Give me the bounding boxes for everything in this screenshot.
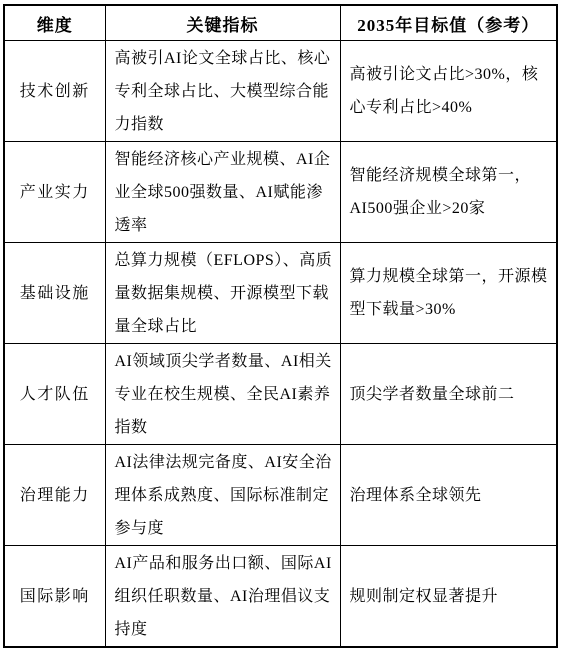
table-row: 治理能力 AI法律法规完备度、AI安全治理体系成熟度、国际标准制定参与度 治理体… xyxy=(4,445,557,546)
target-cell: 规则制定权显著提升 xyxy=(340,546,557,648)
target-cell: 高被引论文占比>30%，核心专利占比>40% xyxy=(340,41,557,142)
dimension-cell: 技术创新 xyxy=(4,41,105,142)
table-row: 技术创新 高被引AI论文全球占比、核心专利全球占比、大模型综合能力指数 高被引论… xyxy=(4,41,557,142)
dimension-cell: 产业实力 xyxy=(4,142,105,243)
table-row: 基础设施 总算力规模（EFLOPS）、高质量数据集规模、开源模型下载量全球占比 … xyxy=(4,243,557,344)
indicators-cell: AI领域顶尖学者数量、AI相关专业在校生规模、全民AI素养指数 xyxy=(105,344,340,445)
indicators-cell: 高被引AI论文全球占比、核心专利全球占比、大模型综合能力指数 xyxy=(105,41,340,142)
indicators-cell: 智能经济核心产业规模、AI企业全球500强数量、AI赋能渗透率 xyxy=(105,142,340,243)
indicators-cell: AI法律法规完备度、AI安全治理体系成熟度、国际标准制定参与度 xyxy=(105,445,340,546)
target-cell: 智能经济规模全球第一，AI500强企业>20家 xyxy=(340,142,557,243)
header-target: 2035年目标值（参考） xyxy=(340,5,557,41)
target-cell: 顶尖学者数量全球前二 xyxy=(340,344,557,445)
target-cell: 算力规模全球第一，开源模型下载量>30% xyxy=(340,243,557,344)
dimension-cell: 国际影响 xyxy=(4,546,105,648)
indicators-cell: AI产品和服务出口额、国际AI组织任职数量、AI治理倡议支持度 xyxy=(105,546,340,648)
indicators-cell: 总算力规模（EFLOPS）、高质量数据集规模、开源模型下载量全球占比 xyxy=(105,243,340,344)
header-row: 维度 关键指标 2035年目标值（参考） xyxy=(4,5,557,41)
dimension-cell: 治理能力 xyxy=(4,445,105,546)
table-row: 人才队伍 AI领域顶尖学者数量、AI相关专业在校生规模、全民AI素养指数 顶尖学… xyxy=(4,344,557,445)
header-dimension: 维度 xyxy=(4,5,105,41)
dimension-cell: 人才队伍 xyxy=(4,344,105,445)
target-cell: 治理体系全球领先 xyxy=(340,445,557,546)
table-row: 国际影响 AI产品和服务出口额、国际AI组织任职数量、AI治理倡议支持度 规则制… xyxy=(4,546,557,648)
indicator-table: 维度 关键指标 2035年目标值（参考） 技术创新 高被引AI论文全球占比、核心… xyxy=(3,4,558,648)
header-indicators: 关键指标 xyxy=(105,5,340,41)
dimension-cell: 基础设施 xyxy=(4,243,105,344)
table-row: 产业实力 智能经济核心产业规模、AI企业全球500强数量、AI赋能渗透率 智能经… xyxy=(4,142,557,243)
